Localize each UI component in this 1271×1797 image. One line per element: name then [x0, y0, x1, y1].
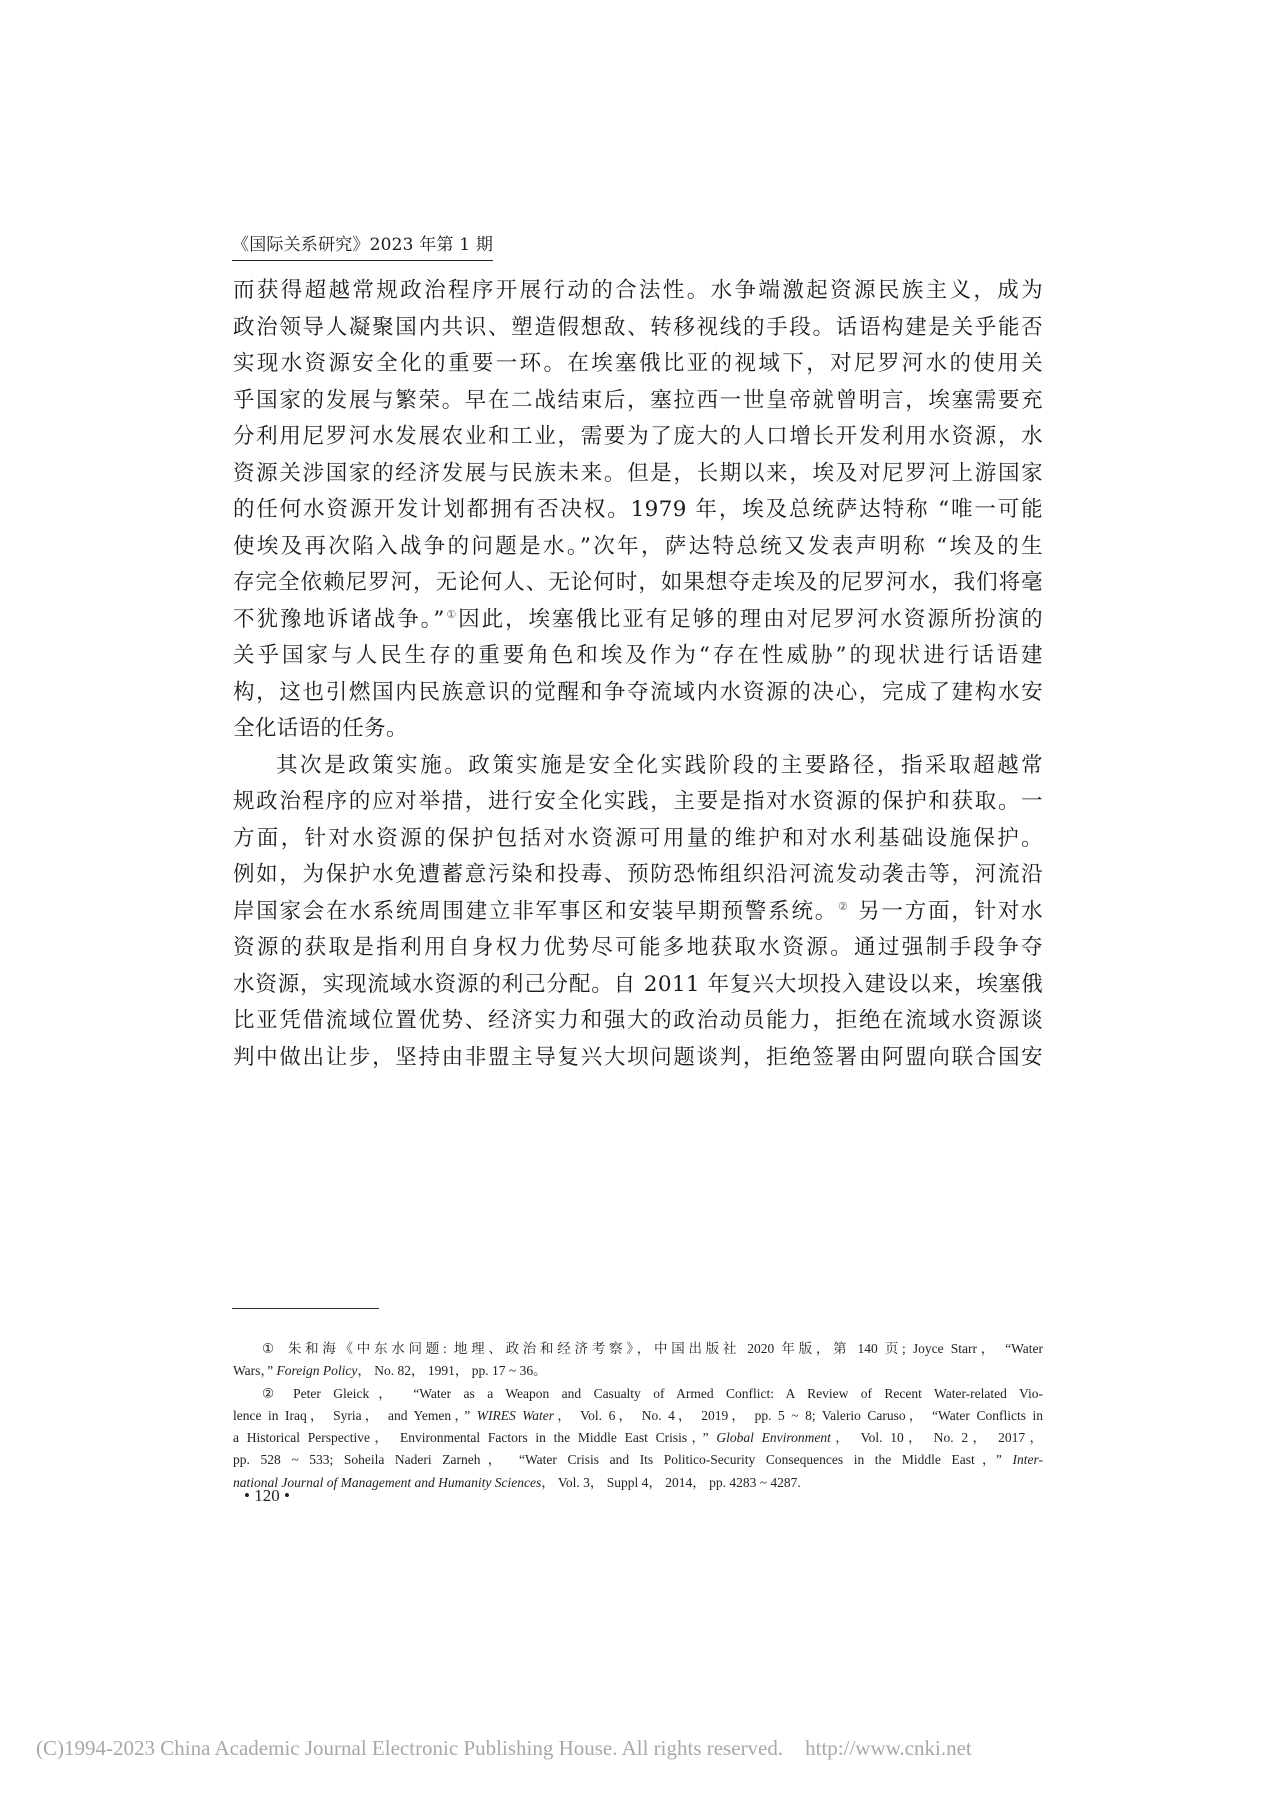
- text-line: 其次是政策实施。政策实施是安全化实践阶段的主要路径，指采取超越常: [233, 748, 1043, 785]
- footnote-line: ②Peter Gleick， “Water as a Weapon and Ca…: [233, 1383, 1043, 1405]
- text-line: 乎国家的发展与繁荣。早在二战结束后，塞拉西一世皇帝就曾明言，埃塞需要充: [233, 383, 1043, 420]
- footnote-1: ①朱和海《中东水问题: 地理、政治和经济考察》，中国出版社 2020 年版，第 …: [233, 1338, 1043, 1383]
- footnotes: ①朱和海《中东水问题: 地理、政治和经济考察》，中国出版社 2020 年版，第 …: [233, 1338, 1043, 1494]
- footnote-text: Wars，”: [233, 1363, 277, 1378]
- cnki-link[interactable]: http://www.cnki.net: [805, 1736, 972, 1760]
- footnote-text: lence in Iraq， Syria， and Yemen，”: [233, 1408, 477, 1423]
- journal-title: WIRES Water: [477, 1408, 554, 1423]
- footnote-ref-2[interactable]: ②: [838, 899, 850, 912]
- copyright-text: (C)1994-2023 China Academic Journal Elec…: [36, 1736, 783, 1760]
- footnote-text: ， Vol. 6， No. 4， 2019， pp. 5 ~ 8; Valeri…: [554, 1408, 1043, 1423]
- footnote-line: a Historical Perspective， Environmental …: [233, 1427, 1043, 1449]
- paragraph-1: 而获得超越常规政治程序开展行动的合法性。水争端激起资源民族主义，成为 政治领导人…: [233, 273, 1043, 748]
- paragraph-2: 其次是政策实施。政策实施是安全化实践阶段的主要路径，指采取超越常 规政治程序的应…: [233, 748, 1043, 1077]
- footnote-ref-1[interactable]: ①: [445, 607, 458, 620]
- footnote-line: pp. 528 ~ 533; Soheila Naderi Zarneh， “W…: [233, 1449, 1043, 1471]
- text-line: 而获得超越常规政治程序开展行动的合法性。水争端激起资源民族主义，成为: [233, 273, 1043, 310]
- text-line: 规政治程序的应对举措，进行安全化实践，主要是指对水资源的保护和获取。一: [233, 784, 1043, 821]
- footnote-text: 朱和海《中东水问题: 地理、政治和经济考察》，中国出版社 2020 年版，第 1…: [288, 1341, 1043, 1356]
- footnote-mark: ①: [262, 1341, 278, 1356]
- text-line: 岸国家会在水系统周围建立非军事区和安装早期预警系统。② 另一方面，针对水: [233, 894, 1043, 931]
- text-line: 不犹豫地诉诸战争。”①因此，埃塞俄比亚有足够的理由对尼罗河水资源所扮演的: [233, 602, 1043, 639]
- footnote-line: ①朱和海《中东水问题: 地理、政治和经济考察》，中国出版社 2020 年版，第 …: [233, 1338, 1043, 1360]
- text-line: 资源的获取是指利用自身权力优势尽可能多地获取水资源。通过强制手段争夺: [233, 930, 1043, 967]
- footnote-2: ②Peter Gleick， “Water as a Weapon and Ca…: [233, 1383, 1043, 1494]
- journal-title: Inter-: [1013, 1452, 1043, 1467]
- text-segment: 不犹豫地诉诸战争。”: [233, 607, 445, 632]
- page-number: • 120 •: [244, 1484, 290, 1508]
- footnote-text: ， No. 82， 1991， pp. 17 ~ 36。: [357, 1363, 546, 1378]
- footnote-text: pp. 528 ~ 533; Soheila Naderi Zarneh， “W…: [233, 1452, 1013, 1467]
- text-line: 全化话语的任务。: [233, 711, 1043, 748]
- text-line: 存完全依赖尼罗河，无论何人、无论何时，如果想夺走埃及的尼罗河水，我们将毫: [233, 565, 1043, 602]
- text-line: 实现水资源安全化的重要一环。在埃塞俄比亚的视域下，对尼罗河水的使用关: [233, 346, 1043, 383]
- footnote-line: Wars，” Foreign Policy， No. 82， 1991， pp.…: [233, 1360, 1043, 1382]
- footnote-line: national Journal of Management and Human…: [233, 1472, 1043, 1494]
- copyright-notice: (C)1994-2023 China Academic Journal Elec…: [36, 1734, 972, 1762]
- running-header: 《国际关系研究》2023 年第 1 期: [232, 232, 493, 261]
- text-line: 水资源，实现流域水资源的利己分配。自 2011 年复兴大坝投入建设以来，埃塞俄: [233, 967, 1043, 1004]
- text-segment: 因此，埃塞俄比亚有足够的理由对尼罗河水资源所扮演的: [458, 607, 1043, 632]
- text-line: 方面，针对水资源的保护包括对水资源可用量的维护和对水利基础设施保护。: [233, 821, 1043, 858]
- footnote-divider: [232, 1308, 379, 1309]
- text-line: 资源关涉国家的经济发展与民族未来。但是，长期以来，埃及对尼罗河上游国家: [233, 456, 1043, 493]
- footnote-mark: ②: [262, 1386, 283, 1401]
- text-line: 判中做出让步，坚持由非盟主导复兴大坝问题谈判，拒绝签署由阿盟向联合国安: [233, 1040, 1043, 1077]
- text-line: 使埃及再次陷入战争的问题是水。”次年，萨达特总统又发表声明称 “埃及的生: [233, 529, 1043, 566]
- footnote-text: Peter Gleick， “Water as a Weapon and Cas…: [293, 1386, 1043, 1401]
- text-line: 分利用尼罗河水发展农业和工业，需要为了庞大的人口增长开发利用水资源，水: [233, 419, 1043, 456]
- text-line: 例如，为保护水免遭蓄意污染和投毒、预防恐怖组织沿河流发动袭击等，河流沿: [233, 857, 1043, 894]
- journal-title: Foreign Policy: [277, 1363, 358, 1378]
- footnote-text: ， Vol. 3， Suppl 4， 2014， pp. 4283 ~ 4287…: [541, 1475, 801, 1490]
- text-segment: 岸国家会在水系统周围建立非军事区和安装早期预警系统。: [233, 899, 838, 924]
- journal-title: Global Environment: [716, 1430, 830, 1445]
- footnote-text: ， Vol. 10， No. 2， 2017，: [831, 1430, 1043, 1445]
- text-line: 构，这也引燃国内民族意识的觉醒和争夺流域内水资源的决心，完成了建构水安: [233, 675, 1043, 712]
- text-segment: 另一方面，针对水: [850, 899, 1043, 924]
- text-line: 政治领导人凝聚国内共识、塑造假想敌、转移视线的手段。话语构建是关乎能否: [233, 310, 1043, 347]
- text-line: 关乎国家与人民生存的重要角色和埃及作为“存在性威胁”的现状进行话语建: [233, 638, 1043, 675]
- footnote-line: lence in Iraq， Syria， and Yemen，” WIRES …: [233, 1405, 1043, 1427]
- text-line: 比亚凭借流域位置优势、经济实力和强大的政治动员能力，拒绝在流域水资源谈: [233, 1003, 1043, 1040]
- article-body: 而获得超越常规政治程序开展行动的合法性。水争端激起资源民族主义，成为 政治领导人…: [233, 273, 1043, 1076]
- text-line: 的任何水资源开发计划都拥有否决权。1979 年，埃及总统萨达特称 “唯一可能: [233, 492, 1043, 529]
- footnote-text: a Historical Perspective， Environmental …: [233, 1430, 716, 1445]
